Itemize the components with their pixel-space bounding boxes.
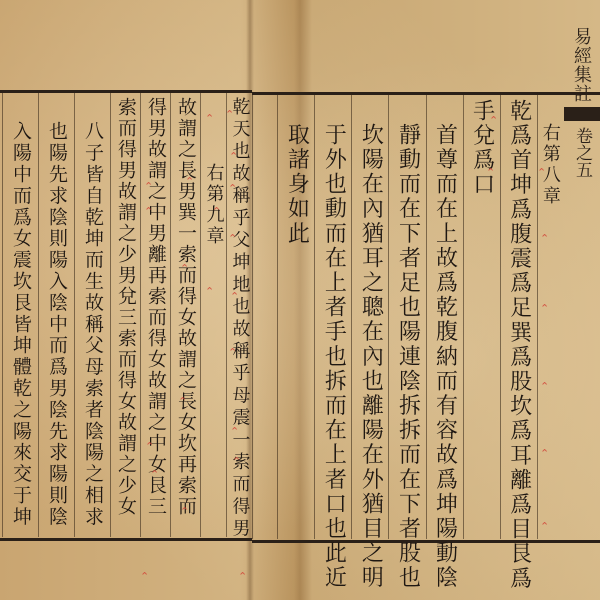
fishtail-mark-icon [564,107,600,121]
red-mark-icon: ⌃ [185,175,194,188]
red-mark-icon: ⌃ [540,447,549,460]
red-mark-icon: ⌃ [229,150,238,163]
main-text: 乾天也故稱乎父坤地也故稱乎母震一索而得男 [231,97,249,541]
red-mark-icon: ⌃ [537,166,546,179]
commentary-text: 入陽中而爲女震坎艮皆坤體乾之陽來交于坤 [11,121,30,528]
red-mark-icon: ⌃ [140,570,149,583]
text-column: 取諸身如此 [277,95,314,539]
red-mark-icon: ⌃ [540,520,549,533]
text-column: 索而得男故謂之少男兌三索而得女故謂之少女 [110,93,140,537]
red-mark-icon: ⌃ [228,346,237,359]
main-text: 索而得男故謂之少男兌三索而得女故謂之少女 [116,97,135,517]
volume-label: 卷之五 [570,127,595,178]
commentary-text: 坎陽在內猶耳之聰在內也離陽在外猶目之明 [359,123,381,590]
text-column: 入陽中而爲女震坎艮皆坤體乾之陽來交于坤 [2,93,38,537]
red-mark-icon: ⌃ [205,285,214,298]
red-mark-icon: ⌃ [178,395,187,408]
red-mark-icon: ⌃ [230,425,239,438]
text-column: 坎陽在內猶耳之聰在內也離陽在外猶目之明 [351,95,388,539]
commentary-text: 靜動而在下者足也陽連陰拆拆而在下者股也 [396,123,418,590]
text-column: 故謂之長男巽一索而得女故謂之長女坎再索而 [170,93,200,537]
text-column: 靜動而在下者足也陽連陰拆拆而在下者股也 [388,95,425,539]
center-fold-banxin: 易經集註 卷之五 [564,35,600,555]
chapter-note: 右第八章 [541,123,559,207]
red-mark-icon: ⌃ [228,232,237,245]
commentary-text: 于外也動而在上者手也拆而在上者口也此近 [322,123,344,590]
right-page: 易經集註 卷之五 右第八章 乾爲首坤爲腹震爲足巽爲股坎爲耳離爲目艮爲 手兌爲口 … [252,95,600,539]
bottom-border-line [252,540,600,543]
main-text: 故謂之長男巽一索而得女故謂之長女坎再索而 [176,97,195,517]
commentary-text: 也陽先求陰則陽入陰中而爲男陰先求陽則陰 [47,121,66,528]
red-mark-icon: ⌃ [232,455,241,468]
left-page: 乾天也故稱乎父坤地也故稱乎母震一索而得男 右第九章 故謂之長男巽一索而得女故謂之… [0,93,252,537]
text-column: 首尊而在上故爲乾腹納而有容故爲坤陽動陰 [426,95,463,539]
red-mark-icon: ⌃ [230,290,239,303]
red-mark-icon: ⌃ [238,570,247,583]
book-title: 易經集註 [568,27,594,103]
left-page-columns: 乾天也故稱乎父坤地也故稱乎母震一索而得男 右第九章 故謂之長男巽一索而得女故謂之… [0,93,252,537]
red-mark-icon: ⌃ [180,505,189,518]
bottom-border-line [0,538,252,541]
red-mark-icon: ⌃ [228,182,237,195]
book-spread: 易經集註 卷之五 右第八章 乾爲首坤爲腹震爲足巽爲股坎爲耳離爲目艮爲 手兌爲口 … [0,0,600,600]
text-column: 手兌爲口 [463,95,500,539]
text-column: 右第九章 [200,93,226,537]
commentary-text: 八子皆自乾坤而生故稱父母索者陰陽之相求 [83,121,102,528]
red-mark-icon: ⌃ [225,108,234,121]
commentary-text: 首尊而在上故爲乾腹納而有容故爲坤陽動陰 [434,123,456,590]
red-mark-icon: ⌃ [144,205,153,218]
red-mark-icon: ⌃ [144,180,153,193]
commentary-text: 取諸身如此 [285,123,307,246]
right-page-columns: 右第八章 乾爲首坤爲腹震爲足巽爲股坎爲耳離爲目艮爲 手兌爲口 首尊而在上故爲乾腹… [252,95,562,539]
text-column: 右第八章 [537,95,562,539]
text-column-blank [252,95,277,539]
text-column: 也陽先求陰則陽入陰中而爲男陰先求陽則陰 [38,93,74,537]
main-text: 乾爲首坤爲腹震爲足巽爲股坎爲耳離爲目艮爲 [508,99,530,591]
red-mark-icon: ⌃ [489,114,498,127]
red-mark-icon: ⌃ [540,380,549,393]
red-mark-icon: ⌃ [205,112,214,125]
text-column: 于外也動而在上者手也拆而在上者口也此近 [314,95,351,539]
red-mark-icon: ⌃ [486,166,495,179]
red-mark-icon: ⌃ [150,468,159,481]
red-mark-icon: ⌃ [145,440,154,453]
red-mark-icon: ⌃ [212,205,221,218]
text-column: 八子皆自乾坤而生故稱父母索者陰陽之相求 [74,93,110,537]
main-text: 得男故謂之中男離再索而得女故謂之中女艮三 [146,97,165,517]
red-mark-icon: ⌃ [540,302,549,315]
red-mark-icon: ⌃ [540,232,549,245]
text-column: 乾爲首坤爲腹震爲足巽爲股坎爲耳離爲目艮爲 [500,95,537,539]
red-mark-icon: ⌃ [180,262,189,275]
